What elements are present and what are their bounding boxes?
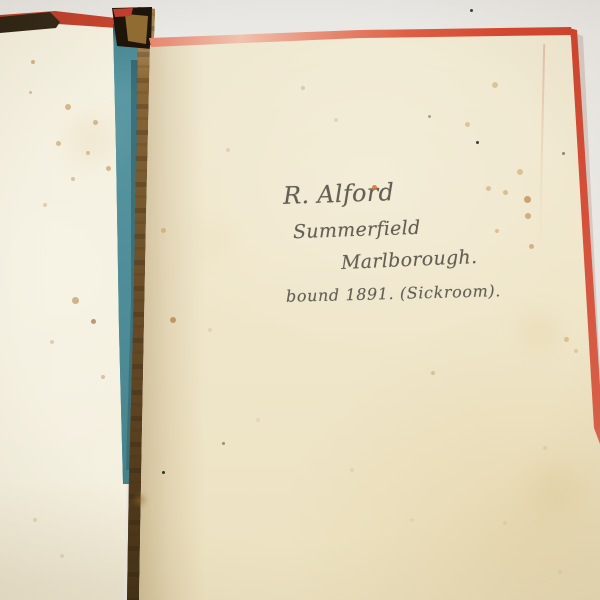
foxing-spot [31,60,35,64]
foxing-spot [486,186,491,191]
foxing-spot [350,468,354,472]
foxing-spot [558,570,562,574]
foxing-spot [170,317,176,323]
foxing-spot [529,464,581,516]
foxing-spot [525,213,531,219]
foxing-spot [428,115,431,118]
foxing-spot [72,297,79,304]
foxing-spot [410,518,414,522]
foxing-spot [503,190,508,195]
foxing-spot [503,521,507,525]
foxing-spot [372,185,377,190]
foxing-spot [562,152,565,155]
foxing-spot [91,319,96,324]
foxing-spot [101,375,105,379]
foxing-spot [256,418,260,422]
book-photograph: R. Alford Summerfield Marlborough. bound… [0,0,600,600]
foxing-spot [162,471,165,474]
foxing-spot [465,122,470,127]
foxing-spot [222,442,225,445]
foxing-spot [33,518,37,522]
foxing-spot [208,328,212,332]
foxing-spot [574,349,578,353]
foxing-spot [301,86,305,90]
foxing-spot [470,9,473,12]
foxing-spot [564,337,569,342]
foxing-spot [106,166,111,171]
foxing-spot [495,229,499,233]
foxing-spot [476,141,479,144]
foxing-spot [431,371,435,375]
foxing-spot [71,177,75,181]
foxing-spot [43,203,47,207]
foxing-spot [135,495,145,505]
foxing-spot [50,340,54,344]
foxing-spot [517,169,523,175]
foxing-spots-layer [0,0,600,600]
foxing-spot [492,82,498,88]
foxing-spot [226,148,230,152]
foxing-spot [66,116,114,164]
foxing-spot [520,310,560,350]
foxing-spot [56,141,61,146]
foxing-spot [65,104,71,110]
foxing-spot [161,228,166,233]
foxing-spot [29,91,32,94]
foxing-spot [192,222,228,258]
foxing-spot [60,554,64,558]
foxing-spot [334,118,338,122]
foxing-spot [524,196,531,203]
foxing-spot [529,244,534,249]
foxing-spot [543,446,547,450]
